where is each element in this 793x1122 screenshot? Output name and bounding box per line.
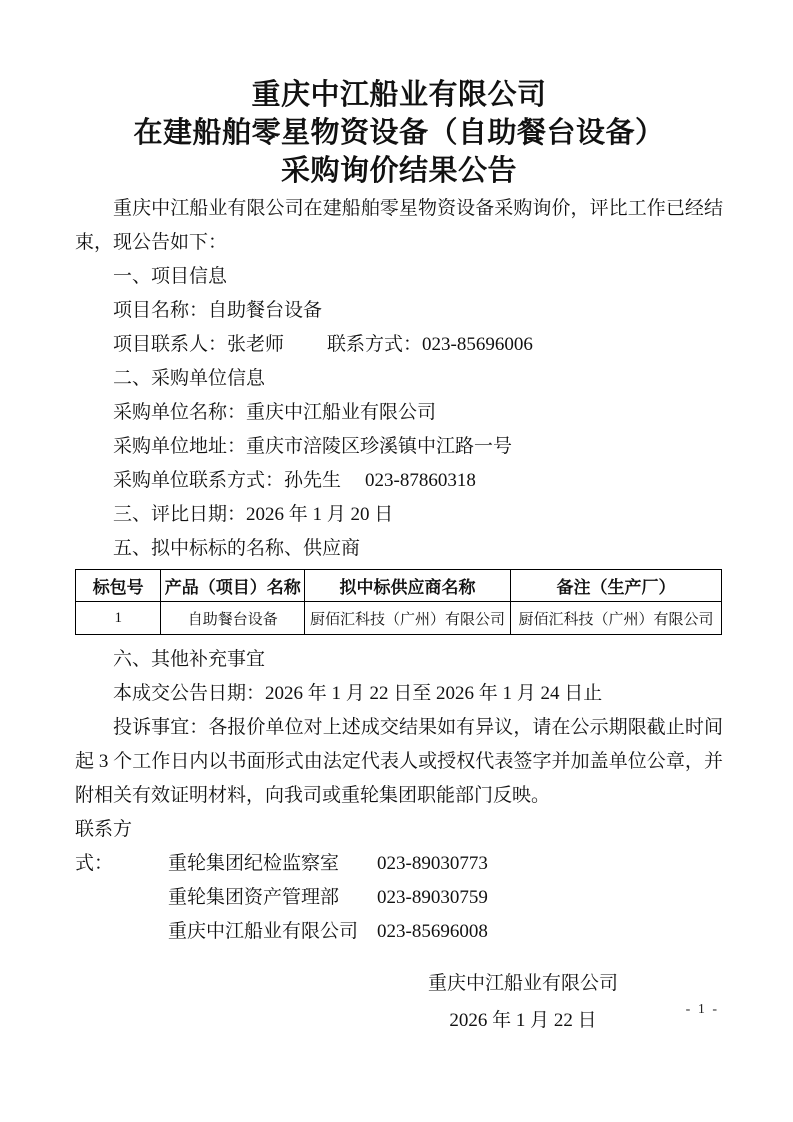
intro-paragraph: 重庆中江船业有限公司在建船舶零星物资设备采购询价，评比工作已经结束，现公告如下：: [75, 192, 723, 260]
org-contact-line: 采购单位联系方式：孙先生023-87860318: [75, 464, 723, 498]
contact-phone-1: 023-89030773: [377, 853, 488, 874]
signature-block: 重庆中江船业有限公司 2026 年 1 月 22 日: [373, 965, 673, 1039]
header-supplier-name: 拟中标供应商名称: [305, 570, 511, 602]
award-table-header-row: 标包号 产品（项目）名称 拟中标供应商名称 备注（生产厂）: [76, 570, 722, 602]
section-1-heading: 一、项目信息: [75, 260, 723, 294]
org-address-line: 采购单位地址：重庆市涪陵区珍溪镇中江路一号: [75, 430, 723, 464]
cell-supplier-name: 厨佰汇科技（广州）有限公司: [305, 602, 511, 635]
contact-row-3: 重庆中江船业有限公司023-85696008: [75, 915, 723, 949]
project-contact-line: 项目联系人：张老师联系方式：023-85696006: [75, 328, 723, 362]
notice-period-line: 本成交公告日期：2026 年 1 月 22 日至 2026 年 1 月 24 日…: [75, 677, 723, 711]
signature-date: 2026 年 1 月 22 日: [373, 1002, 673, 1039]
project-contact-phone: 联系方式：023-85696006: [327, 334, 533, 355]
contact-label: 联系方式：: [75, 813, 168, 881]
header-package-number: 标包号: [76, 570, 161, 602]
contact-dept-3: 重庆中江船业有限公司: [168, 915, 377, 949]
cell-remark: 厨佰汇科技（广州）有限公司: [511, 602, 722, 635]
document-title: 重庆中江船业有限公司 在建船舶零星物资设备（自助餐台设备） 采购询价结果公告: [75, 76, 723, 190]
section-5-heading: 五、拟中标标的名称、供应商: [75, 532, 723, 566]
title-line-1: 重庆中江船业有限公司: [75, 76, 723, 114]
cell-product-name: 自助餐台设备: [161, 602, 305, 635]
org-contact-person: 采购单位联系方式：孙先生: [113, 470, 341, 491]
cell-package-number: 1: [76, 602, 161, 635]
contact-row-2: 重轮集团资产管理部023-89030759: [75, 881, 723, 915]
complaint-paragraph: 投诉事宜：各报价单位对上述成交结果如有异议，请在公示期限截止时间起 3 个工作日…: [75, 711, 723, 813]
signature-company: 重庆中江船业有限公司: [373, 965, 673, 1002]
header-remark: 备注（生产厂）: [511, 570, 722, 602]
page-number: - 1 -: [686, 1002, 719, 1018]
header-product-name: 产品（项目）名称: [161, 570, 305, 602]
section-2-heading: 二、采购单位信息: [75, 362, 723, 396]
document-page: 重庆中江船业有限公司 在建船舶零星物资设备（自助餐台设备） 采购询价结果公告 重…: [0, 0, 793, 1122]
section-6-heading: 六、其他补充事宜: [75, 643, 723, 677]
contact-dept-2: 重轮集团资产管理部: [168, 881, 377, 915]
section-3-heading: 三、评比日期：2026 年 1 月 20 日: [75, 498, 723, 532]
title-line-3: 采购询价结果公告: [75, 152, 723, 190]
title-line-2: 在建船舶零星物资设备（自助餐台设备）: [75, 114, 723, 152]
contact-phone-2: 023-89030759: [377, 887, 488, 908]
document-content: 重庆中江船业有限公司 在建船舶零星物资设备（自助餐台设备） 采购询价结果公告 重…: [75, 76, 723, 1039]
award-table-row: 1 自助餐台设备 厨佰汇科技（广州）有限公司 厨佰汇科技（广州）有限公司: [76, 602, 722, 635]
project-name-line: 项目名称：自助餐台设备: [75, 294, 723, 328]
award-table: 标包号 产品（项目）名称 拟中标供应商名称 备注（生产厂） 1 自助餐台设备 厨…: [75, 569, 722, 635]
contact-row-1: 联系方式：重轮集团纪检监察室023-89030773: [75, 813, 723, 881]
contact-phone-3: 023-85696008: [377, 921, 488, 942]
contact-dept-1: 重轮集团纪检监察室: [168, 847, 377, 881]
project-contact-person: 项目联系人：张老师: [113, 334, 284, 355]
org-name-line: 采购单位名称：重庆中江船业有限公司: [75, 396, 723, 430]
org-contact-phone: 023-87860318: [365, 470, 476, 491]
